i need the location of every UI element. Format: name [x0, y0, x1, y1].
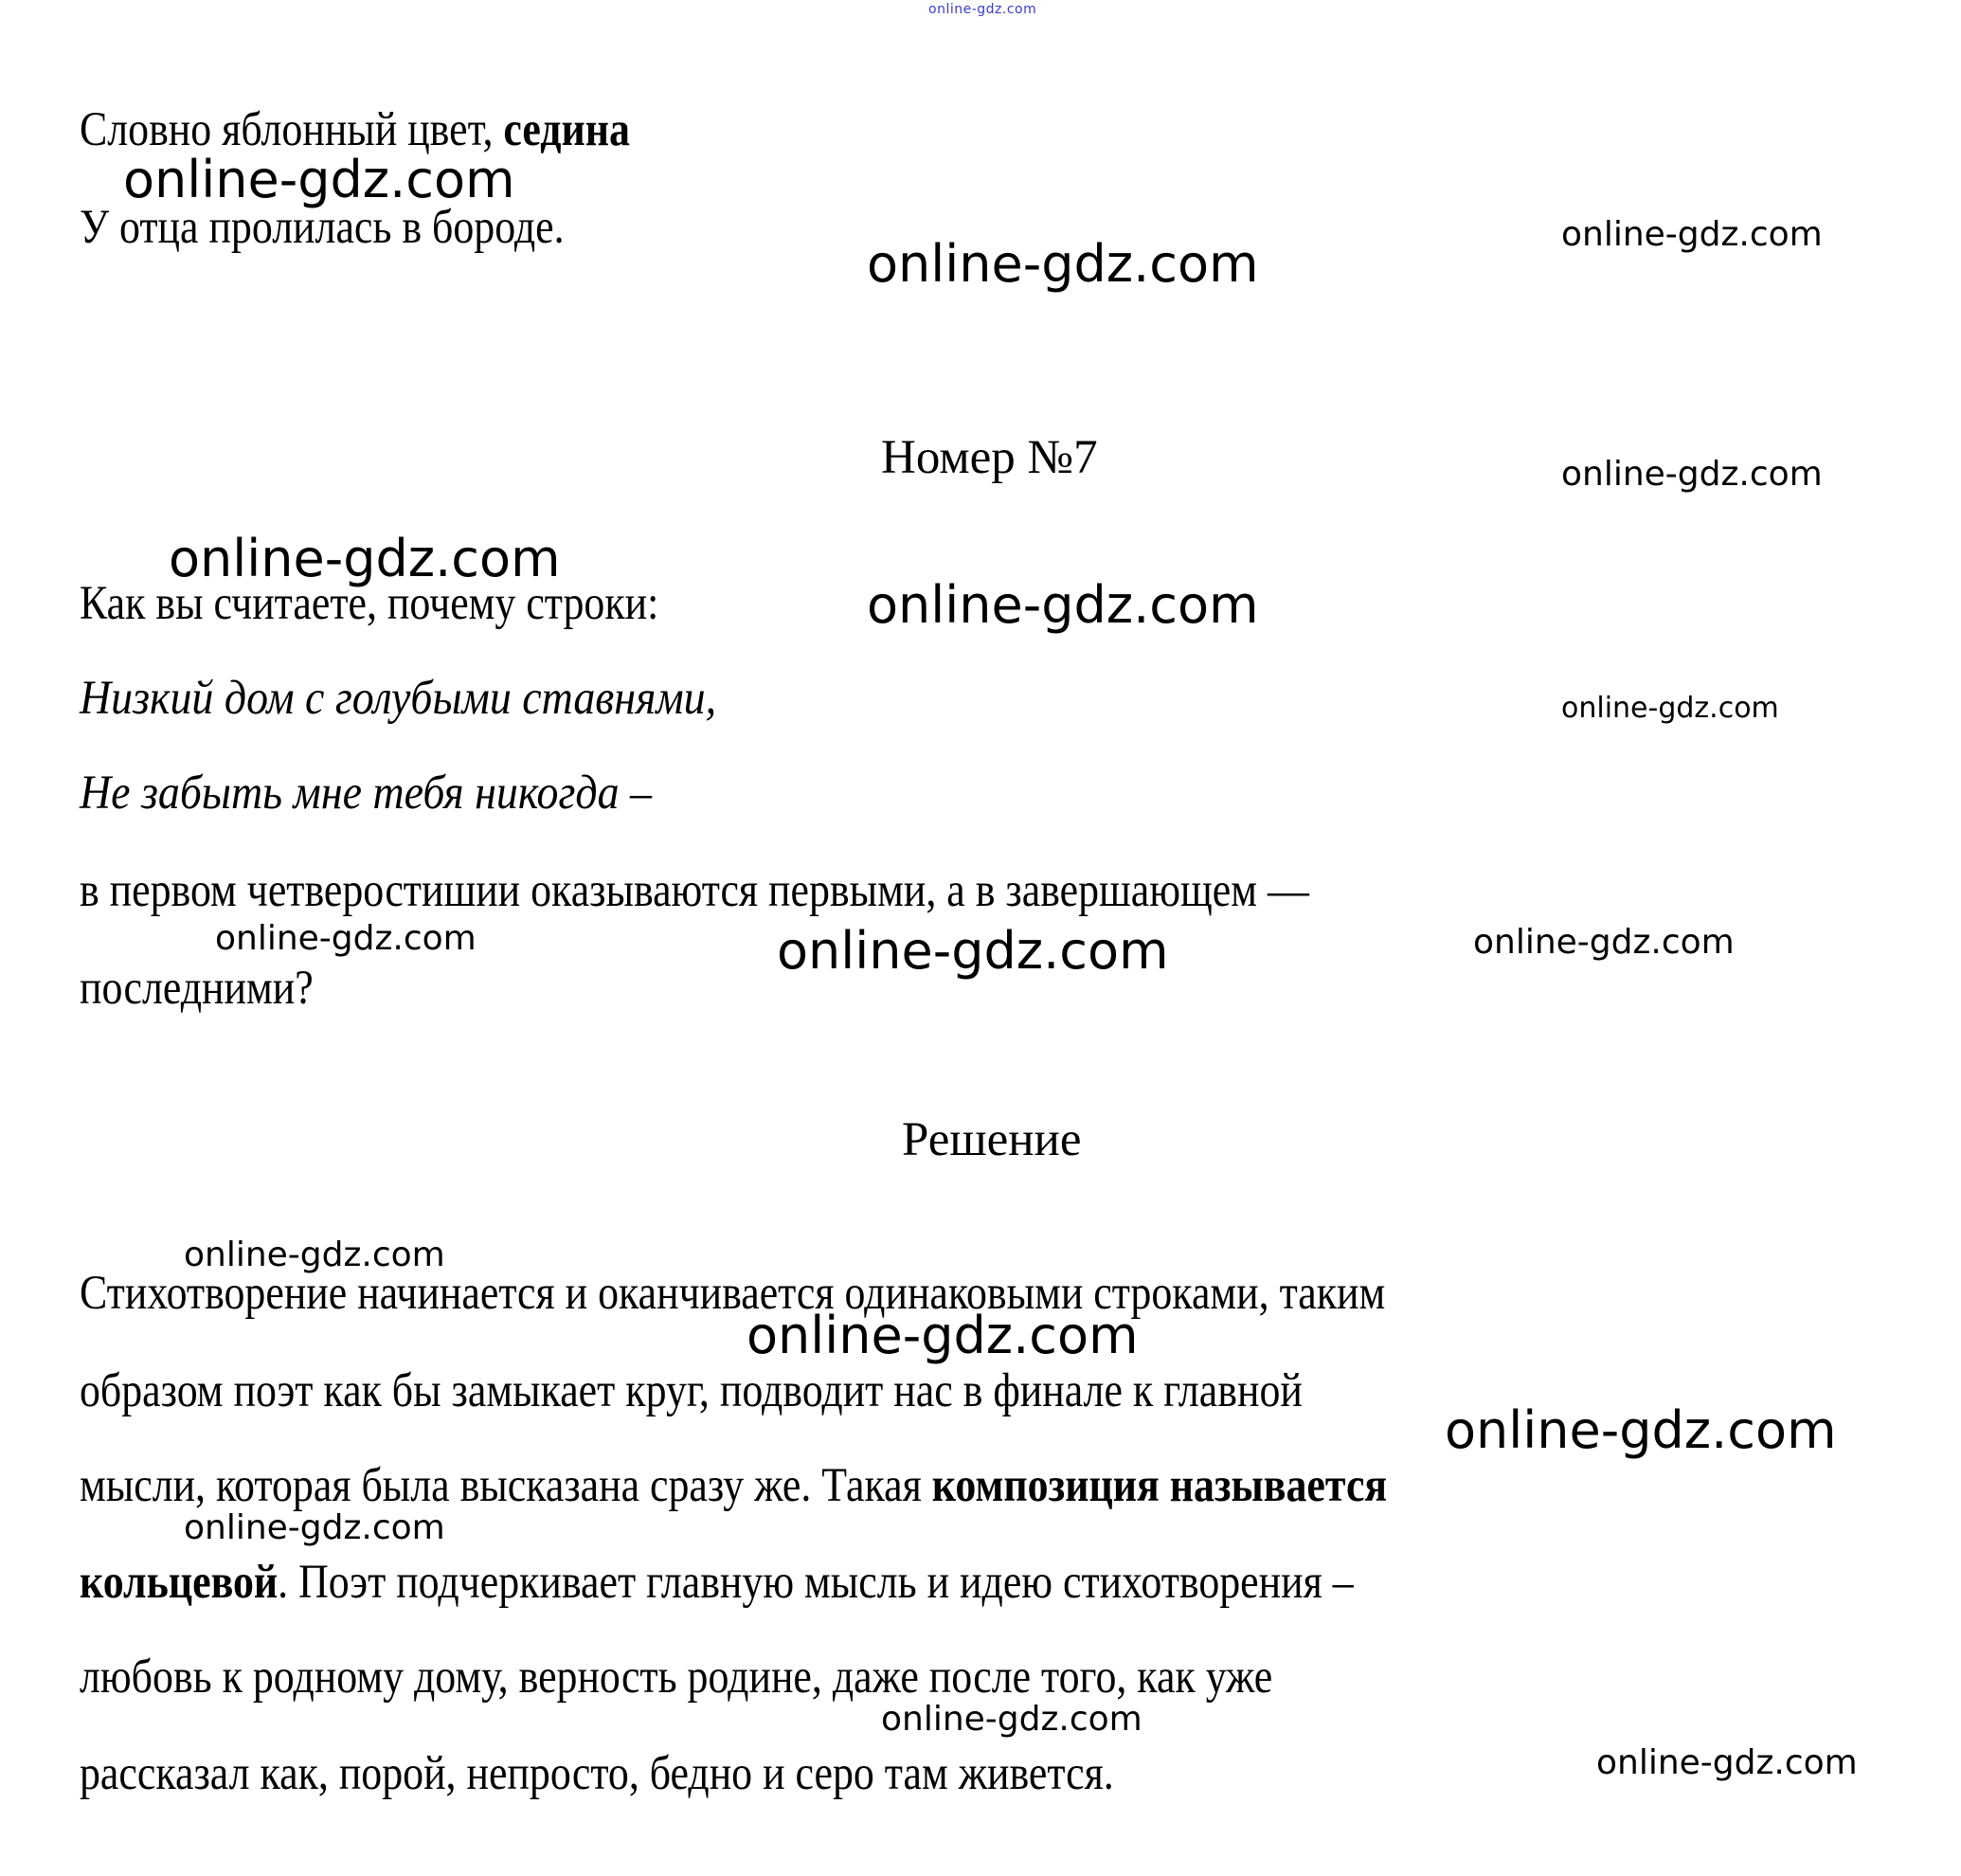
- watermark: online-gdz.com: [1561, 218, 1823, 252]
- solution-line-3-bold: композиция называется: [932, 1459, 1387, 1512]
- task-question-line-1: в первом четверостишии оказываются первы…: [80, 867, 1309, 915]
- watermark: online-gdz.com: [215, 922, 477, 956]
- top-watermark: online-gdz.com: [928, 3, 1036, 16]
- watermark: online-gdz.com: [1473, 926, 1735, 960]
- watermark: online-gdz.com: [1445, 1405, 1837, 1456]
- solution-line-4-text: . Поэт подчеркивает главную мысль и идею…: [278, 1556, 1353, 1609]
- quote-line-2: Не забыть мне тебя никогда –: [80, 769, 652, 818]
- task-title: Номер №7: [881, 434, 1098, 482]
- poem-line-2: У отца пролилась в бороде.: [80, 204, 565, 252]
- watermark: online-gdz.com: [1561, 458, 1823, 492]
- watermark: online-gdz.com: [867, 239, 1259, 290]
- watermark: online-gdz.com: [867, 580, 1259, 631]
- watermark: online-gdz.com: [747, 1310, 1139, 1362]
- solution-line-5: любовь к родному дому, верность родине, …: [80, 1653, 1272, 1702]
- solution-line-6: рассказал как, порой, непросто, бедно и …: [80, 1750, 1114, 1798]
- watermark: online-gdz.com: [123, 154, 515, 206]
- task-question-line-2: последними?: [80, 965, 314, 1013]
- solution-line-2: образом поэт как бы замыкает круг, подво…: [80, 1367, 1303, 1416]
- poem-line-1: Словно яблонный цвет, седина: [80, 106, 630, 154]
- watermark: online-gdz.com: [881, 1703, 1142, 1737]
- watermark: online-gdz.com: [169, 533, 561, 585]
- watermark: online-gdz.com: [184, 1511, 445, 1545]
- solution-line-3-text: мысли, которая была высказана сразу же. …: [80, 1459, 932, 1512]
- poem-line-1-bold: седина: [503, 103, 630, 156]
- watermark: online-gdz.com: [777, 926, 1169, 977]
- solution-line-4-bold: кольцевой: [80, 1556, 278, 1609]
- watermark: online-gdz.com: [1596, 1746, 1858, 1780]
- watermark: online-gdz.com: [1561, 694, 1779, 723]
- watermark: online-gdz.com: [184, 1238, 445, 1272]
- solution-line-3: мысли, которая была высказана сразу же. …: [80, 1462, 1387, 1510]
- solution-line-1: Стихотворение начинается и оканчивается …: [80, 1270, 1385, 1318]
- poem-line-1-text: Словно яблонный цвет,: [80, 103, 503, 156]
- solution-line-4: кольцевой. Поэт подчеркивает главную мыс…: [80, 1559, 1354, 1607]
- quote-line-1: Низкий дом с голубыми ставнями,: [80, 675, 716, 723]
- solution-title: Решение: [902, 1116, 1081, 1164]
